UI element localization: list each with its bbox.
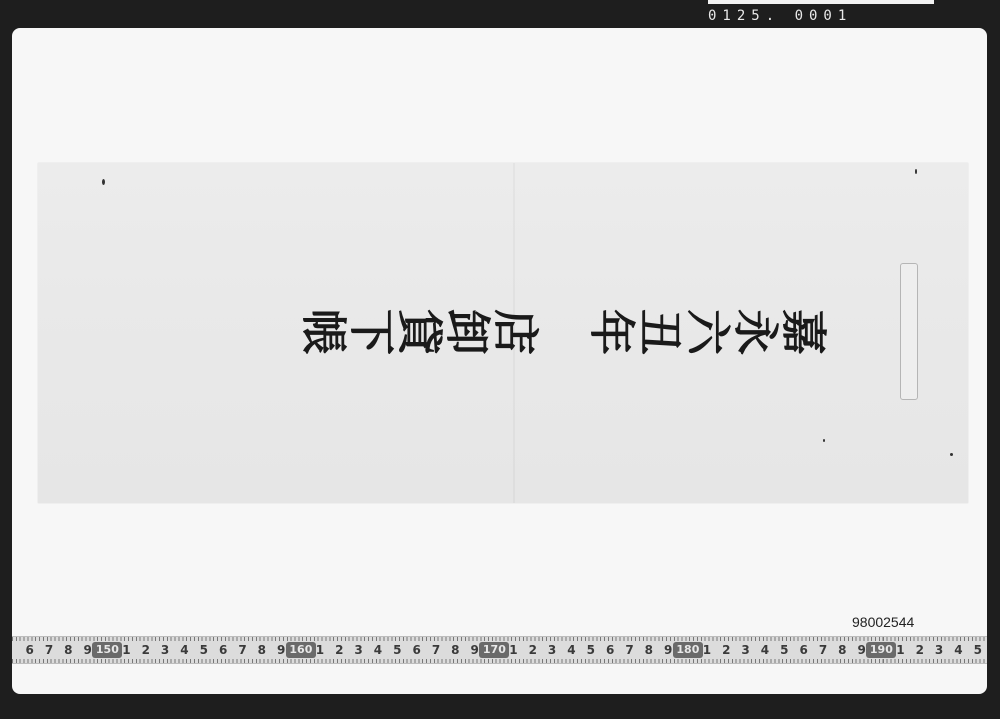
ruler-label: 8 — [59, 642, 78, 658]
ruler-label: 4 — [562, 642, 581, 658]
ruler-label: 7 — [39, 642, 58, 658]
ruler-label: 2 — [717, 642, 736, 658]
ruler-label: 4 — [949, 642, 968, 658]
ruler-label: 1 — [310, 642, 329, 658]
ruler-label: 3 — [736, 642, 755, 658]
measurement-ruler: 6789150123456789160123456789170123456789… — [12, 636, 987, 664]
ruler-label: 1 — [697, 642, 716, 658]
document-title-text: 嘉永六丑年 店卸貸下帳 — [308, 299, 828, 359]
ruler-label: 6 — [794, 642, 813, 658]
ruler-label: 7 — [813, 642, 832, 658]
ruler-ticks-bottom — [12, 659, 987, 663]
document-cover: 嘉永六丑年 店卸貸下帳 — [38, 163, 968, 503]
ruler-label: 7 — [620, 642, 639, 658]
ruler-label: 7 — [426, 642, 445, 658]
ruler-label: 1 — [504, 642, 523, 658]
ruler-label: 3 — [929, 642, 948, 658]
binding-slot — [900, 263, 918, 400]
ink-speck — [102, 179, 105, 185]
ruler-label: 5 — [775, 642, 794, 658]
ruler-label: 1 — [891, 642, 910, 658]
ruler-label: 7 — [233, 642, 252, 658]
ruler-label: 8 — [446, 642, 465, 658]
ruler-label: 2 — [136, 642, 155, 658]
ruler-label: 2 — [523, 642, 542, 658]
ruler-label: 6 — [214, 642, 233, 658]
ink-speck — [915, 169, 917, 174]
ruler-label: 5 — [388, 642, 407, 658]
ruler-label: 3 — [155, 642, 174, 658]
ruler-label: 2 — [330, 642, 349, 658]
ruler-label: 8 — [639, 642, 658, 658]
ruler-label: 8 — [833, 642, 852, 658]
ruler-label: 4 — [368, 642, 387, 658]
film-top-strip — [708, 0, 934, 4]
ink-speck — [823, 439, 825, 442]
ruler-label: 8 — [252, 642, 271, 658]
ruler-label: 6 — [601, 642, 620, 658]
ruler-label: 5 — [968, 642, 987, 658]
catalog-number: 98002544 — [852, 614, 914, 630]
ruler-label: 6 — [20, 642, 39, 658]
document-title: 嘉永六丑年 店卸貸下帳 — [308, 289, 828, 369]
film-frame-id: 0125. 0001 — [708, 8, 852, 24]
ruler-label: 5 — [581, 642, 600, 658]
ruler-label: 4 — [755, 642, 774, 658]
ruler-label: 3 — [542, 642, 561, 658]
ruler-label: 4 — [175, 642, 194, 658]
ruler-label: 3 — [349, 642, 368, 658]
ruler-labels: 6789150123456789160123456789170123456789… — [12, 642, 987, 658]
ruler-ticks-top — [12, 637, 987, 641]
ruler-label: 5 — [194, 642, 213, 658]
ruler-label: 2 — [910, 642, 929, 658]
ruler-label: 6 — [407, 642, 426, 658]
ruler-label: 1 — [117, 642, 136, 658]
ink-speck — [950, 453, 953, 456]
